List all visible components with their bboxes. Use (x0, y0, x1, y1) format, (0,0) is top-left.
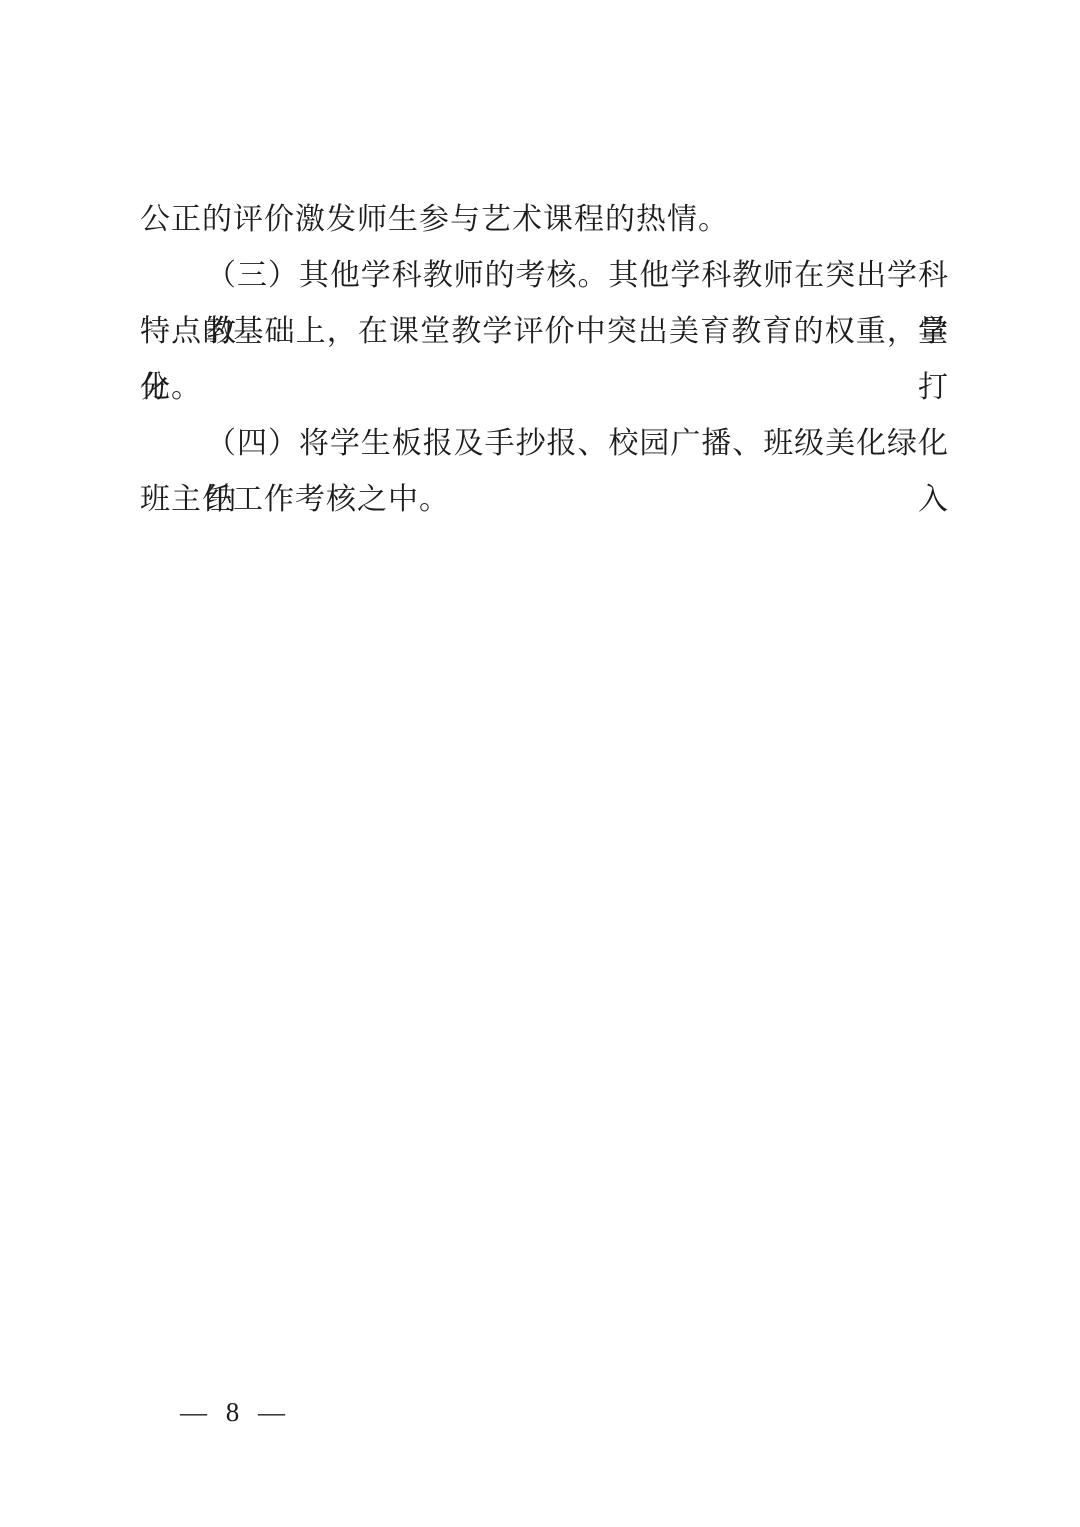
text-line: 公正的评价激发师生参与艺术课程的热情。 (140, 192, 948, 248)
text-line: （三）其他学科教师的考核。其他学科教师在突出学科教学 (140, 248, 948, 304)
page-number: — 8 — (180, 1392, 291, 1432)
text-line: （四）将学生板报及手抄报、校园广播、班级美化绿化纳入 (140, 416, 948, 472)
body-text: 公正的评价激发师生参与艺术课程的热情。 （三）其他学科教师的考核。其他学科教师在… (140, 192, 948, 528)
paragraph-item-3: （三）其他学科教师的考核。其他学科教师在突出学科教学 特点的基础上，在课堂教学评… (140, 248, 948, 416)
document-page: 公正的评价激发师生参与艺术课程的热情。 （三）其他学科教师的考核。其他学科教师在… (0, 0, 1080, 1527)
paragraph-item-4: （四）将学生板报及手抄报、校园广播、班级美化绿化纳入 班主任工作考核之中。 (140, 416, 948, 528)
text-line: 特点的基础上，在课堂教学评价中突出美育教育的权重，量化打 (140, 304, 948, 360)
paragraph-continuation: 公正的评价激发师生参与艺术课程的热情。 (140, 192, 948, 248)
